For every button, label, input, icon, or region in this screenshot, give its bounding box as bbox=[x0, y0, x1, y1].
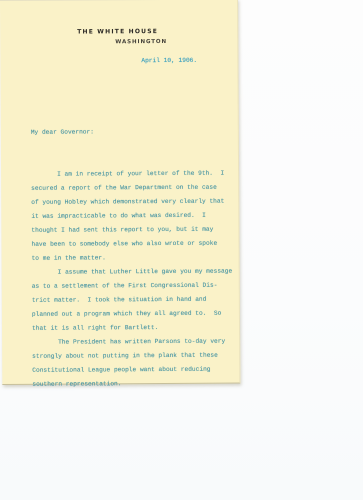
letterhead-subtitle: WASHINGTON bbox=[115, 39, 167, 45]
letter-paper: THE WHITE HOUSE WASHINGTON April 10, 190… bbox=[0, 0, 240, 385]
letterhead-title: THE WHITE HOUSE bbox=[77, 28, 158, 35]
letter-date: April 10, 1906. bbox=[141, 57, 197, 64]
letter-body: My dear Governor: I am in receipt of you… bbox=[31, 97, 233, 420]
salutation: My dear Governor: bbox=[31, 125, 232, 140]
letter-body-lines: I am in receipt of your letter of the 9t… bbox=[31, 167, 233, 392]
